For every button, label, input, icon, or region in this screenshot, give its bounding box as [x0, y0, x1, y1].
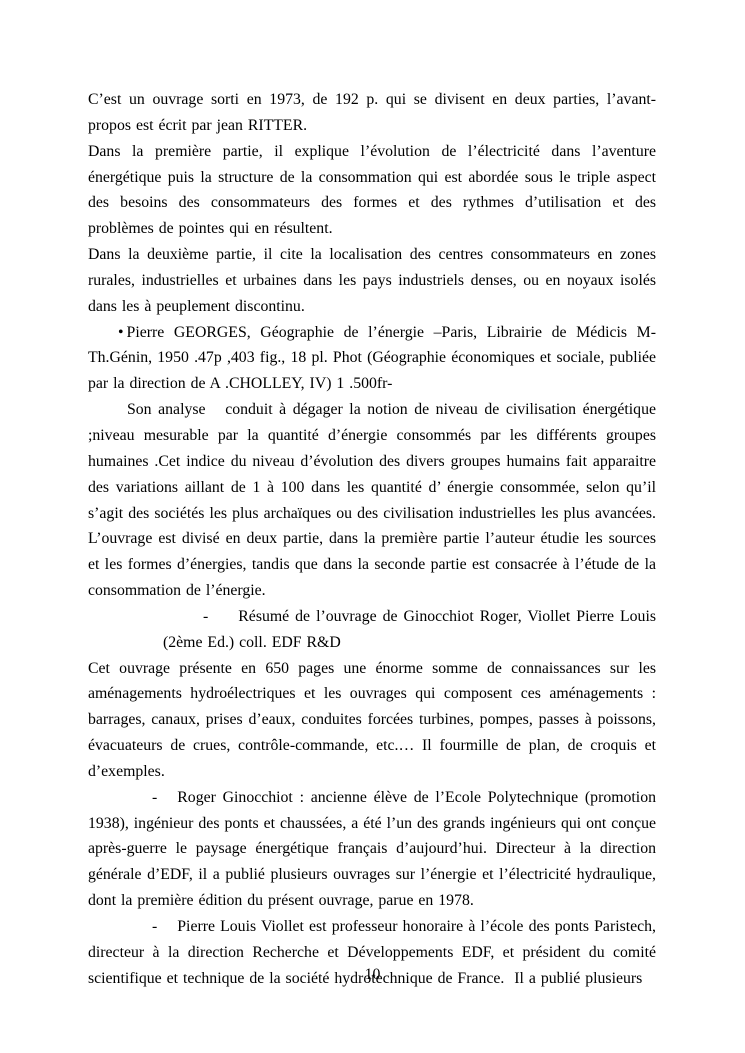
dash-marker: -: [152, 789, 157, 806]
paragraph-pierre-georges-reference: •Pierre GEORGES, Géographie de l’énergie…: [88, 320, 656, 398]
paragraph-text: Pierre GEORGES, Géographie de l’énergie …: [88, 324, 656, 393]
paragraph-deuxieme-partie: Dans la deuxième partie, il cite la loca…: [88, 242, 656, 320]
paragraph-premiere-partie: Dans la première partie, il explique l’é…: [88, 139, 656, 242]
paragraph-text: Résumé de l’ouvrage de Ginocchiot Roger,…: [163, 608, 656, 651]
paragraph-resume-ginocchiot: -Résumé de l’ouvrage de Ginocchiot Roger…: [163, 604, 656, 656]
paragraph-text: Roger Ginocchiot : ancienne élève de l’E…: [88, 789, 656, 909]
document-page: C’est un ouvrage sorti en 1973, de 192 p…: [0, 0, 745, 1053]
paragraph-cet-ouvrage-650-pages: Cet ouvrage présente en 650 pages une én…: [88, 656, 656, 785]
paragraph-intro-ouvrage: C’est un ouvrage sorti en 1973, de 192 p…: [88, 87, 656, 139]
dash-marker: -: [152, 918, 157, 935]
page-number: 10: [0, 962, 745, 988]
dash-marker: -: [203, 608, 208, 625]
paragraph-son-analyse: Son analyse conduit à dégager la notion …: [88, 397, 656, 604]
bullet-icon: •: [118, 324, 124, 341]
paragraph-roger-ginocchiot-bio: -Roger Ginocchiot : ancienne élève de l’…: [88, 785, 656, 914]
